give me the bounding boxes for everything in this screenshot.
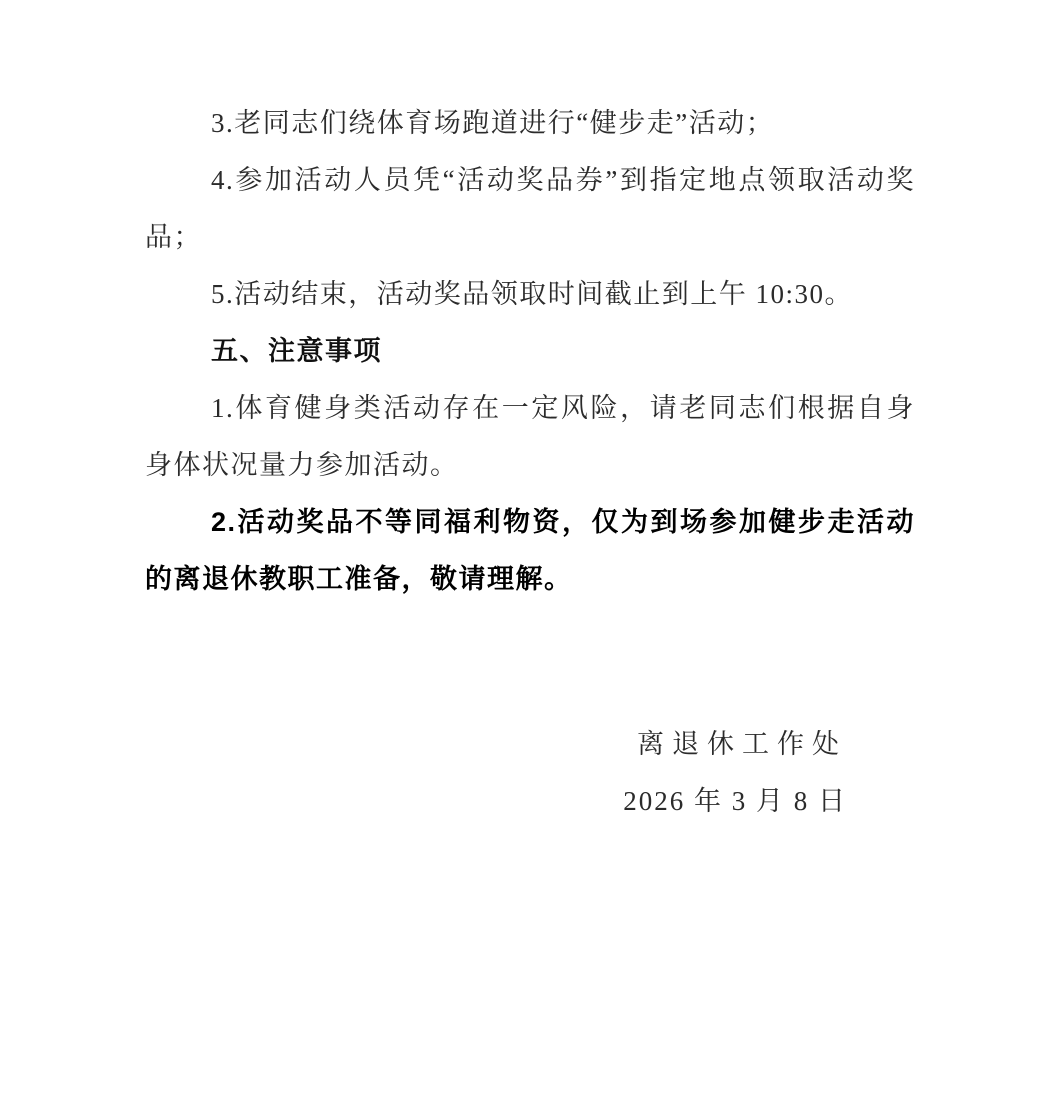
paragraph-item-3: 3.老同志们绕体育场跑道进行“健步走”活动； [145, 95, 915, 152]
section-heading-notes: 五、注意事项 [145, 323, 915, 380]
paragraph-note-2: 2.活动奖品不等同福利物资，仅为到场参加健步走活动的离退休教职工准备，敬请理解。 [145, 494, 915, 608]
document-page: 3.老同志们绕体育场跑道进行“健步走”活动； 4.参加活动人员凭“活动奖品券”到… [0, 0, 1060, 1095]
signature-department: 离退休工作处 [145, 716, 847, 773]
closing-block: 离退休工作处 2026 年 3 月 8 日 [145, 716, 915, 830]
paragraph-item-5: 5.活动结束，活动奖品领取时间截止到上午 10:30。 [145, 266, 915, 323]
paragraph-item-4: 4.参加活动人员凭“活动奖品券”到指定地点领取活动奖品； [145, 152, 915, 266]
document-date: 2026 年 3 月 8 日 [145, 773, 847, 830]
paragraph-note-1: 1.体育健身类活动存在一定风险，请老同志们根据自身身体状况量力参加活动。 [145, 380, 915, 494]
